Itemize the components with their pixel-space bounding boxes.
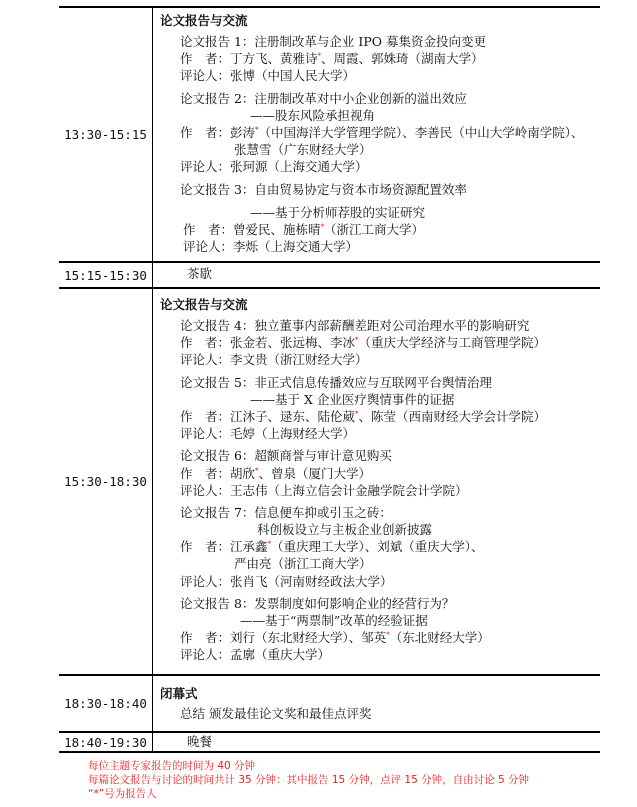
paper-authors-cont: 严由亮（浙江工商大学） <box>180 555 600 572</box>
paper-subtitle: ——基于“两票制”改革的经验证据 <box>180 612 600 629</box>
paper-item: 论文报告 3：自由贸易协定与资本市场资源配置效率 ——基于分析师荐股的实证研究 … <box>160 181 600 256</box>
paper-authors: 作 者：张金若、张远梅、李冰*（重庆大学经济与工商管理学院） <box>180 334 600 351</box>
paper-item: 论文报告 1：注册制改革与企业 IPO 募集资金投向变更 作 者：丁方飞、黄雅诗… <box>160 33 600 85</box>
paper-authors-cont: 张慧雪（广东财经大学） <box>180 141 600 158</box>
paper-title: 论文报告 3：自由贸易协定与资本市场资源配置效率 <box>180 181 600 198</box>
footnotes: 每位主题专家报告的时间为 40 分钟 每篇论文报告与讨论的时间共计 35 分钟：… <box>88 759 529 801</box>
paper-reviewer: 评论人：毛婷（上海财经大学） <box>180 425 600 442</box>
session-content: 论文报告与交流 论文报告 1：注册制改革与企业 IPO 募集资金投向变更 作 者… <box>153 8 600 261</box>
schedule-row: 15:15-15:30 茶歇 <box>59 261 600 287</box>
paper-item: 论文报告 8：发票制度如何影响企业的经营行为？ ——基于“两票制”改革的经验证据… <box>160 595 600 664</box>
time-cell: 15:30-18:30 <box>59 289 153 674</box>
paper-title: 论文报告 2：注册制改革对中小企业创新的溢出效应 <box>180 90 600 107</box>
paper-reviewer: 评论人：李文贵（浙江财经大学） <box>180 351 600 368</box>
paper-authors: 作 者：胡欣*、曾泉（厦门大学） <box>180 465 600 482</box>
time-cell: 13:30-15:15 <box>59 8 153 261</box>
paper-authors: 作 者：江承鑫*（重庆理工大学）、刘斌（重庆大学）、 <box>180 538 600 555</box>
paper-authors: 作 者：彭涛*（中国海洋大学管理学院）、李善民（中山大学岭南学院）、 <box>180 124 600 141</box>
paper-reviewer: 评论人：张肖飞（河南财经政法大学） <box>180 573 600 590</box>
paper-authors: 作 者：江沐子、逯东、陆伦葳*、陈莹（西南财经大学会计学院） <box>180 408 600 425</box>
schedule-row: 13:30-15:15 论文报告与交流 论文报告 1：注册制改革与企业 IPO … <box>59 6 600 261</box>
section-title: 闭幕式 <box>160 684 600 704</box>
paper-item: 论文报告 7：信息便车抑或引玉之砖： 科创板设立与主板企业创新披露 作 者：江承… <box>160 504 600 590</box>
time-cell: 18:30-18:40 <box>59 676 153 731</box>
time-cell: 18:40-19:30 <box>59 733 153 751</box>
paper-title: 论文报告 6：超额商誉与审计意见购买 <box>180 447 600 464</box>
paper-title: 论文报告 7：信息便车抑或引玉之砖： <box>180 504 600 521</box>
paper-title: 论文报告 5：非正式信息传播效应与互联网平台舆情治理 <box>180 374 600 391</box>
dinner: 晚餐 <box>160 733 600 751</box>
paper-item: 论文报告 6：超额商誉与审计意见购买 作 者：胡欣*、曾泉（厦门大学） 评论人：… <box>160 447 600 499</box>
note-paper-time: 每篇论文报告与讨论的时间共计 35 分钟：其中报告 15 分钟，点评 15 分钟… <box>88 773 529 787</box>
paper-title: 论文报告 1：注册制改革与企业 IPO 募集资金投向变更 <box>180 33 600 50</box>
paper-subtitle: ——股东风险承担视角 <box>180 107 600 124</box>
paper-reviewer: 评论人：李烁（上海交通大学） <box>180 238 600 255</box>
paper-subtitle: ——基于 X 企业医疗舆情事件的证据 <box>180 391 600 408</box>
paper-item: 论文报告 2：注册制改革对中小企业创新的溢出效应 ——股东风险承担视角 作 者：… <box>160 90 600 176</box>
section-title: 论文报告与交流 <box>160 11 600 31</box>
time-cell: 15:15-15:30 <box>59 263 153 287</box>
paper-authors: 作 者：曾爱民、施栋晴*（浙江工商大学） <box>180 221 600 238</box>
schedule-table: 13:30-15:15 论文报告与交流 论文报告 1：注册制改革与企业 IPO … <box>59 6 600 753</box>
paper-reviewer: 评论人：王志伟（上海立信会计金融学院会计学院） <box>180 482 600 499</box>
tea-break: 茶歇 <box>160 263 600 285</box>
session-content: 晚餐 <box>153 733 600 751</box>
schedule-row: 18:40-19:30 晚餐 <box>59 731 600 753</box>
paper-reviewer: 评论人：孟廓（重庆大学） <box>180 646 600 663</box>
paper-item: 论文报告 5：非正式信息传播效应与互联网平台舆情治理 ——基于 X 企业医疗舆情… <box>160 374 600 443</box>
session-content: 论文报告与交流 论文报告 4：独立董事内部薪酬差距对公司治理水平的影响研究 作 … <box>153 289 600 674</box>
schedule-row: 18:30-18:40 闭幕式 总结 颁发最佳论文奖和最佳点评奖 <box>59 674 600 731</box>
closing-detail: 总结 颁发最佳论文奖和最佳点评奖 <box>160 705 600 722</box>
paper-title: 论文报告 4：独立董事内部薪酬差距对公司治理水平的影响研究 <box>180 317 600 334</box>
paper-reviewer: 评论人：张珂源（上海交通大学） <box>180 158 600 175</box>
paper-item: 论文报告 4：独立董事内部薪酬差距对公司治理水平的影响研究 作 者：张金若、张远… <box>160 317 600 369</box>
note-expert-time: 每位主题专家报告的时间为 40 分钟 <box>88 759 529 773</box>
paper-authors: 作 者：丁方飞、黄雅诗*、周霞、郭姝琦（湖南大学） <box>180 50 600 67</box>
section-title: 论文报告与交流 <box>160 295 600 315</box>
schedule-row: 15:30-18:30 论文报告与交流 论文报告 4：独立董事内部薪酬差距对公司… <box>59 287 600 674</box>
note-presenter-mark: “*”号为报告人 <box>88 787 529 801</box>
paper-subtitle: 科创板设立与主板企业创新披露 <box>180 521 600 538</box>
paper-title: 论文报告 8：发票制度如何影响企业的经营行为？ <box>180 595 600 612</box>
paper-subtitle: ——基于分析师荐股的实证研究 <box>180 204 600 221</box>
paper-authors: 作 者：刘行（东北财经大学）、邹英*（东北财经大学） <box>180 629 600 646</box>
session-content: 茶歇 <box>153 263 600 287</box>
session-content: 闭幕式 总结 颁发最佳论文奖和最佳点评奖 <box>153 676 600 731</box>
paper-reviewer: 评论人：张博（中国人民大学） <box>180 67 600 84</box>
